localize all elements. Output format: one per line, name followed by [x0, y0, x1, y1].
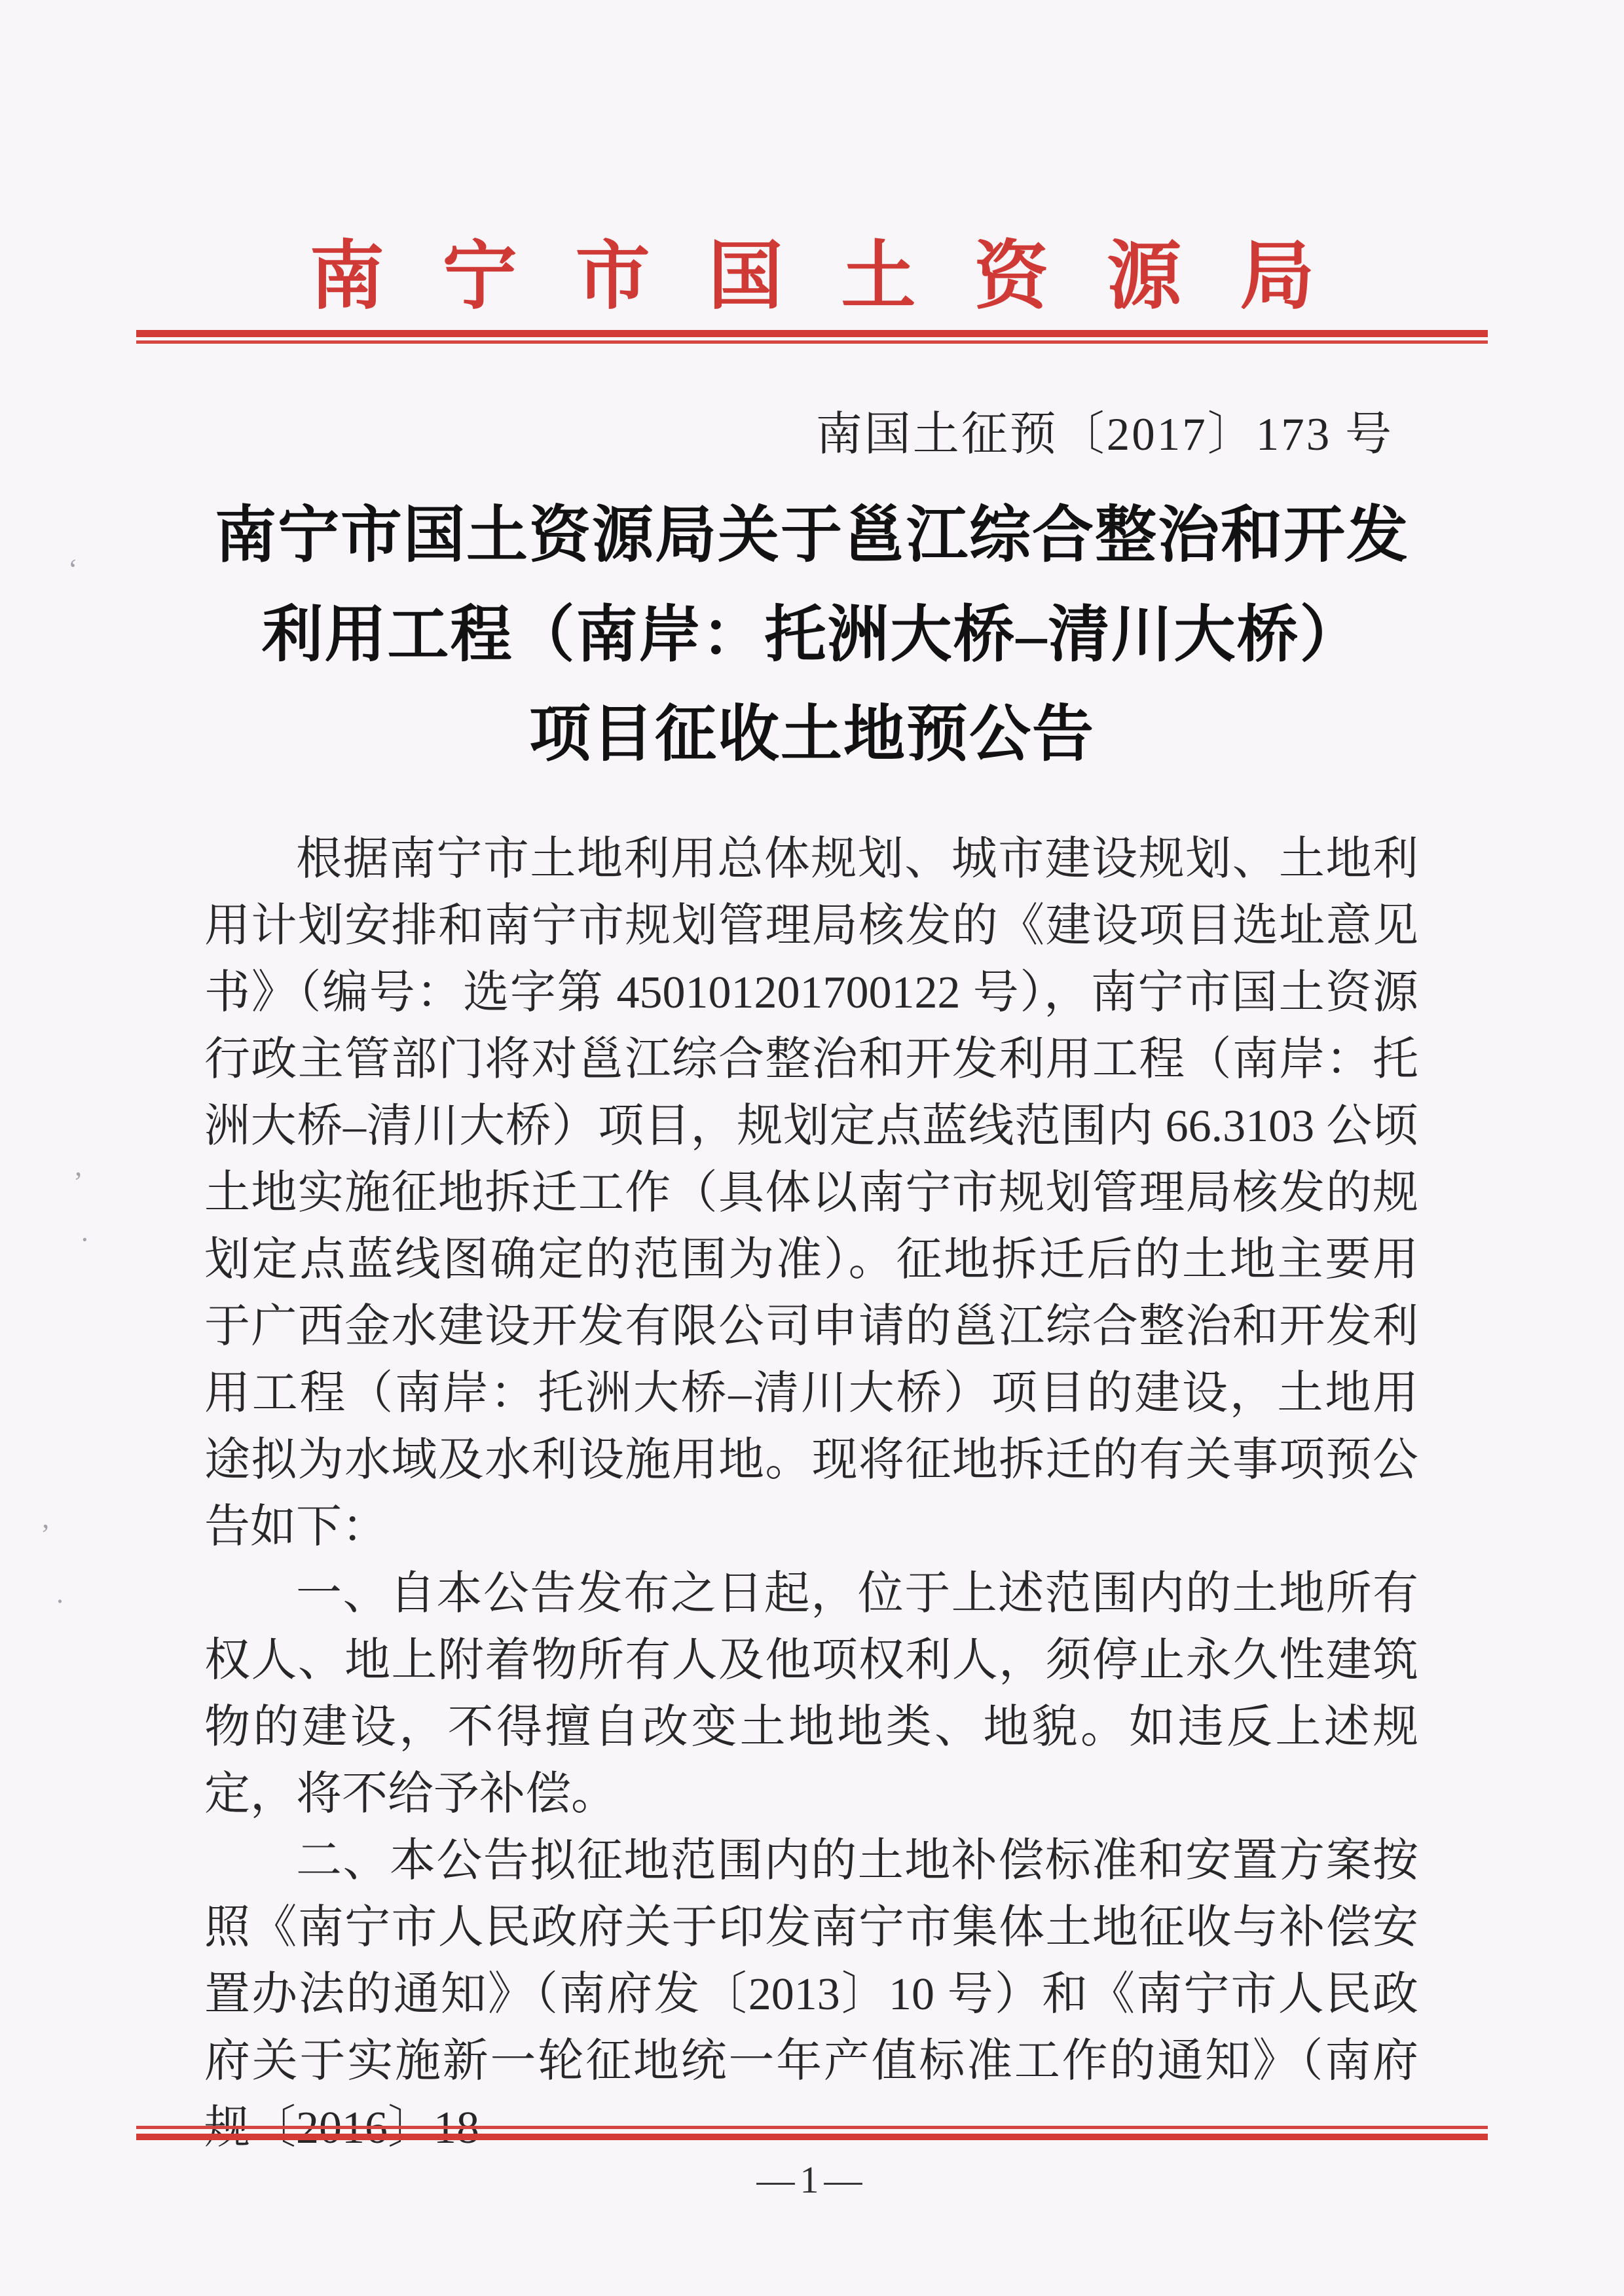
- agency-header-title: 南宁市国土资源局: [310, 216, 1373, 323]
- paragraph-item-one: 一、自本公告发布之日起，位于上述范围内的土地所有权人、地上附着物所有人及他项权利…: [204, 1561, 1418, 1828]
- footer-rule-thin: [136, 2126, 1488, 2129]
- scan-artifact: ‘: [68, 555, 78, 584]
- document-body: 根据南宁市土地利用总体规划、城市建设规划、土地利用计划安排和南宁市规划管理局核发…: [204, 826, 1418, 2162]
- paragraph-intro: 根据南宁市土地利用总体规划、城市建设规划、土地利用计划安排和南宁市规划管理局核发…: [204, 826, 1418, 1561]
- document-title: 南宁市国土资源局关于邕江综合整治和开发 利用工程（南岸：托洲大桥–清川大桥） 项…: [0, 486, 1624, 784]
- agency-header: 南宁市国土资源局: [0, 216, 1624, 323]
- scan-artifact: ’: [73, 1168, 83, 1197]
- header-rule-thick: [136, 330, 1488, 337]
- document-title-line-3: 项目征收土地预公告: [0, 685, 1624, 784]
- page-number: —1—: [0, 2158, 1624, 2202]
- header-rule-thin: [136, 340, 1488, 344]
- scan-artifact: ·: [80, 1226, 90, 1254]
- paragraph-item-two: 二、本公告拟征地范围内的土地补偿标准和安置方案按照《南宁市人民政府关于印发南宁市…: [204, 1828, 1418, 2162]
- scan-artifact: ’: [41, 1520, 50, 1549]
- scan-artifact: .: [56, 1579, 64, 1608]
- footer-rule-thick: [136, 2134, 1488, 2140]
- document-title-line-1: 南宁市国土资源局关于邕江综合整治和开发: [0, 486, 1624, 585]
- document-page: 南宁市国土资源局 南国土征预〔2017〕173 号 南宁市国土资源局关于邕江综合…: [0, 0, 1624, 2296]
- document-number: 南国土征预〔2017〕173 号: [816, 397, 1393, 464]
- document-title-line-2: 利用工程（南岸：托洲大桥–清川大桥）: [0, 585, 1624, 685]
